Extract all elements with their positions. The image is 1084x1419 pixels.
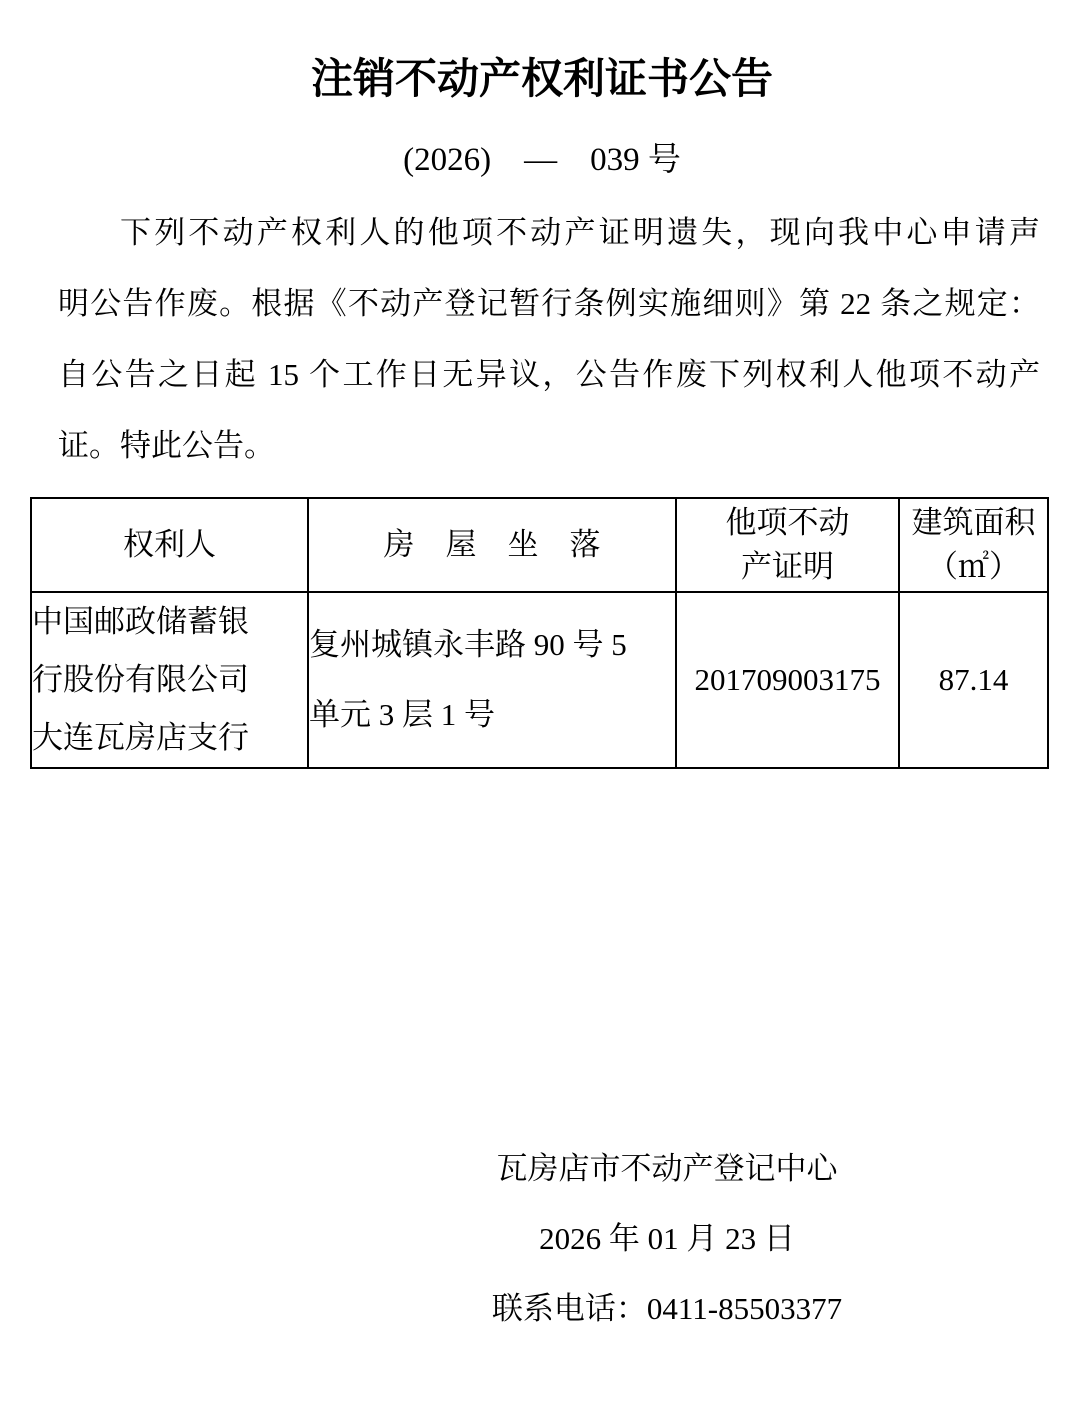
contact-phone: 联系电话：0411-85503377 [250,1274,1084,1344]
header-certificate: 他项不动 产证明 [676,498,899,592]
header-area: 建筑面积 （㎡） [899,498,1048,592]
header-area-line-1: 建筑面积 [900,501,1047,545]
header-area-line-2: （㎡） [900,545,1047,589]
owner-cell: 中国邮政储蓄银 行股份有限公司 大连瓦房店支行 [31,592,308,768]
address-line-2: 单元 3 层 1 号 [309,680,675,750]
header-owner: 权利人 [31,498,308,592]
body-line-4: 证。特此公告。 [58,410,1040,481]
body-line-1: 下列不动产权利人的他项不动产证明遗失，现向我中心申请声 [58,197,1040,268]
owner-line-1: 中国邮政储蓄银 [32,593,307,651]
certificates-table: 权利人 房 屋 坐 落 他项不动 产证明 建筑面积 （㎡） 中国邮政储蓄银 行股… [30,497,1049,769]
page-title: 注销不动产权利证书公告 [0,0,1084,105]
notice-footer: 瓦房店市不动产登记中心 2026 年 01 月 23 日 联系电话：0411-8… [250,1134,1084,1344]
table-row: 中国邮政储蓄银 行股份有限公司 大连瓦房店支行 复州城镇永丰路 90 号 5 单… [31,592,1048,768]
owner-line-2: 行股份有限公司 [32,651,307,709]
doc-number: (2026) — 039 号 [0,141,1084,181]
issuer-name: 瓦房店市不动产登记中心 [250,1134,1084,1204]
header-certificate-line-2: 产证明 [677,545,898,589]
body-line-3: 自公告之日起 15 个工作日无异议，公告作废下列权利人他项不动产 [58,339,1040,410]
certificate-number-cell: 201709003175 [676,592,899,768]
issue-date: 2026 年 01 月 23 日 [250,1204,1084,1274]
address-line-1: 复州城镇永丰路 90 号 5 [309,610,675,680]
area-cell: 87.14 [899,592,1048,768]
table-header-row: 权利人 房 屋 坐 落 他项不动 产证明 建筑面积 （㎡） [31,498,1048,592]
owner-line-3: 大连瓦房店支行 [32,709,307,767]
notice-page: 注销不动产权利证书公告 (2026) — 039 号 下列不动产权利人的他项不动… [0,0,1084,1419]
notice-body: 下列不动产权利人的他项不动产证明遗失，现向我中心申请声 明公告作废。根据《不动产… [58,197,1040,481]
header-location: 房 屋 坐 落 [308,498,676,592]
address-cell: 复州城镇永丰路 90 号 5 单元 3 层 1 号 [308,592,676,768]
header-certificate-line-1: 他项不动 [677,501,898,545]
body-line-2: 明公告作废。根据《不动产登记暂行条例实施细则》第 22 条之规定： [58,268,1040,339]
